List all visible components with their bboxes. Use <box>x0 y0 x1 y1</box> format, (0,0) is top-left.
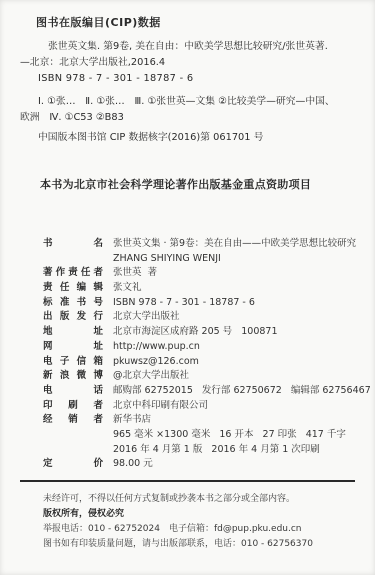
table-row: 电子信箱 pkuwsz@126.com <box>43 355 355 370</box>
row-label: 标准书号 <box>43 296 103 311</box>
table-row: 电话 邮购部 62752015 发行部 62750672 编辑部 6275646… <box>43 384 355 399</box>
row-value: 北京中科印刷有限公司 <box>103 399 208 414</box>
cip-desc-line1: 张世英文集. 第9卷, 美在自由：中欧美学思想比较研究/张世英著. <box>20 39 355 55</box>
row-label: 出版发行 <box>43 310 103 325</box>
row-label <box>43 443 103 458</box>
row-value: 北京市海淀区成府路 205 号 100871 <box>103 325 278 340</box>
row-label: 电子信箱 <box>43 355 103 370</box>
row-label: 网址 <box>43 340 103 355</box>
cip-isbn-line: ISBN 978 - 7 - 301 - 18787 - 6 <box>20 71 355 87</box>
row-label: 电话 <box>43 384 103 399</box>
print-quality-contact-line: 图书如有印装质量问题，请与出版部联系，电话：010 - 62756370 <box>43 537 355 552</box>
table-row: 2016 年 4 月第 1 版 2016 年 4 月第 1 次印刷 <box>43 443 355 458</box>
row-label: 责任编辑 <box>43 281 103 296</box>
table-row: 出版发行 北京大学出版社 <box>43 310 355 325</box>
row-value: ZHANG SHIYING WENJI <box>103 252 221 267</box>
row-label: 定价 <box>43 457 103 472</box>
cip-desc-line2: —北京：北京大学出版社,2016.4 <box>20 55 355 71</box>
row-value: http://www.pup.cn <box>103 340 200 355</box>
cip-class-line1: Ⅰ. ①张… Ⅱ. ①张… Ⅲ. ①张世英—文集 ②比较美学—研究—中国、 <box>20 94 355 110</box>
row-label: 经销者 <box>43 413 103 428</box>
cip-record-number: 中国版本图书馆 CIP 数据核字(2016)第 061701 号 <box>20 130 355 146</box>
table-row: 经销者 新华书店 <box>43 413 355 428</box>
row-value: 张世英文集 · 第9卷：美在自由——中欧美学思想比较研究 <box>103 237 356 252</box>
row-value: @北京大学出版社 <box>103 369 189 384</box>
table-row: ZHANG SHIYING WENJI <box>43 252 355 267</box>
cip-description: 张世英文集. 第9卷, 美在自由：中欧美学思想比较研究/张世英著. —北京：北京… <box>20 39 355 87</box>
divider-line <box>20 480 355 482</box>
row-value: 965 毫米 ×1300 毫米 16 开本 27 印张 417 千字 <box>103 428 346 443</box>
cip-class-line2: 欧洲 Ⅳ. ①C53 ②B83 <box>20 110 355 126</box>
legal-notices: 未经许可，不得以任何方式复制或抄袭本书之部分或全部内容。 版权所有，侵权必究 举… <box>43 492 355 552</box>
report-contact-line: 举报电话：010 - 62752024 电子信箱：fd@pup.pku.edu.… <box>43 522 355 537</box>
table-row: 著作责任者 张世英 著 <box>43 266 355 281</box>
row-value: ISBN 978 - 7 - 301 - 18787 - 6 <box>103 296 255 311</box>
row-label: 新浪微博 <box>43 369 103 384</box>
row-label: 书名 <box>43 237 103 252</box>
table-row: 地址 北京市海淀区成府路 205 号 100871 <box>43 325 355 340</box>
cip-classification: Ⅰ. ①张… Ⅱ. ①张… Ⅲ. ①张世英—文集 ②比较美学—研究—中国、 欧洲… <box>20 94 355 126</box>
row-value: 邮购部 62752015 发行部 62750672 编辑部 62756467 <box>103 384 371 399</box>
row-label <box>43 252 103 267</box>
table-row: 标准书号 ISBN 978 - 7 - 301 - 18787 - 6 <box>43 296 355 311</box>
no-copy-notice: 未经许可，不得以任何方式复制或抄袭本书之部分或全部内容。 <box>43 492 355 507</box>
table-row: 965 毫米 ×1300 毫米 16 开本 27 印张 417 千字 <box>43 428 355 443</box>
table-row: 责任编辑 张文礼 <box>43 281 355 296</box>
table-row: 印刷者 北京中科印刷有限公司 <box>43 399 355 414</box>
row-value: 张世英 著 <box>103 266 157 281</box>
row-value: 新华书店 <box>103 413 151 428</box>
row-value: 北京大学出版社 <box>103 310 180 325</box>
row-label: 著作责任者 <box>43 266 103 281</box>
row-label: 地址 <box>43 325 103 340</box>
row-label <box>43 428 103 443</box>
cip-heading: 图书在版编目(CIP)数据 <box>36 14 355 30</box>
row-value: pkuwsz@126.com <box>103 355 199 370</box>
publication-info-table: 书名 张世英文集 · 第9卷：美在自由——中欧美学思想比较研究 ZHANG SH… <box>43 237 355 472</box>
table-row: 定价 98.00 元 <box>43 457 355 472</box>
copyright-page: 图书在版编目(CIP)数据 张世英文集. 第9卷, 美在自由：中欧美学思想比较研… <box>0 0 375 575</box>
row-value: 2016 年 4 月第 1 版 2016 年 4 月第 1 次印刷 <box>103 443 320 458</box>
copyright-reserved-notice: 版权所有，侵权必究 <box>43 507 355 522</box>
table-row: 网址 http://www.pup.cn <box>43 340 355 355</box>
row-value: 张文礼 <box>103 281 142 296</box>
table-row: 书名 张世英文集 · 第9卷：美在自由——中欧美学思想比较研究 <box>43 237 355 252</box>
row-label: 印刷者 <box>43 399 103 414</box>
table-row: 新浪微博 @北京大学出版社 <box>43 369 355 384</box>
funding-note: 本书为北京市社会科学理论著作出版基金重点资助项目 <box>20 176 355 192</box>
row-value: 98.00 元 <box>103 457 153 472</box>
